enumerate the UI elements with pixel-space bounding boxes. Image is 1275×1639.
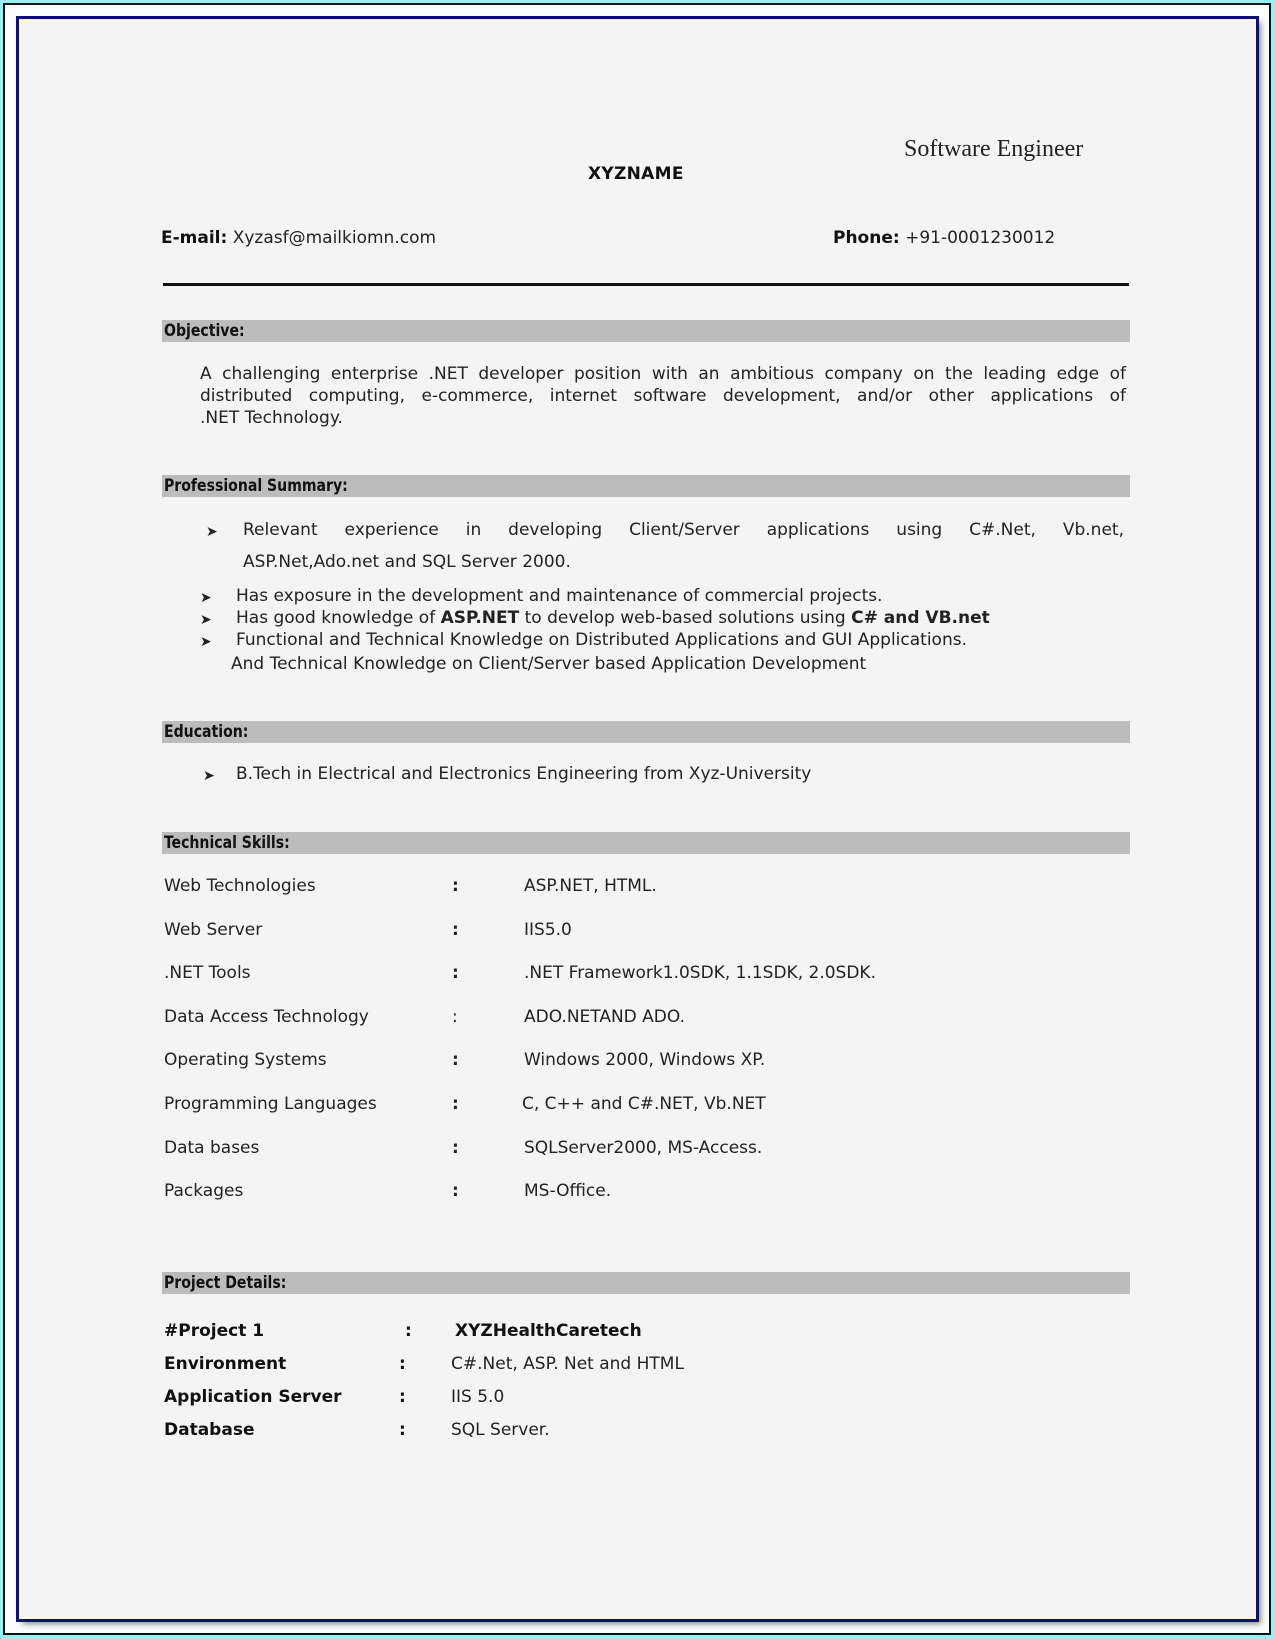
project-field-label: Application Server: [164, 1387, 342, 1407]
section-title: Objective:: [164, 320, 245, 342]
skill-label: Operating Systems: [164, 1050, 327, 1070]
project-field-value: C#.Net, ASP. Net and HTML: [451, 1354, 684, 1374]
project-field-label: Environment: [164, 1354, 286, 1374]
project-field-separator: :: [405, 1321, 412, 1341]
email-value[interactable]: Xyzasf@mailkiomn.com: [233, 228, 436, 248]
section-title: Project Details:: [164, 1272, 286, 1294]
project-field-label: #Project 1: [164, 1321, 264, 1341]
project-field-label: Database: [164, 1420, 254, 1440]
arrow-bullet-icon: ➤: [200, 634, 212, 650]
arrow-bullet-icon: ➤: [200, 612, 212, 628]
skill-label: Data Access Technology: [164, 1007, 369, 1027]
project-field-value: IIS 5.0: [451, 1387, 504, 1407]
summary-item-4-continued: And Technical Knowledge on Client/Server…: [231, 654, 866, 674]
skill-value: ADO.NETAND ADO.: [524, 1007, 685, 1027]
resume-page: [16, 16, 1259, 1622]
skill-separator: :: [452, 1050, 459, 1070]
summary-word: Vb.net,: [1063, 520, 1124, 540]
header-divider: [163, 283, 1129, 286]
skill-separator: :: [452, 1094, 459, 1114]
email-label: E-mail:: [161, 228, 227, 248]
objective-line-1: A challenging enterprise .NET developer …: [200, 364, 1126, 384]
skill-separator: :: [452, 1138, 459, 1158]
summary-word: C#.Net,: [969, 520, 1036, 540]
page-inner-border: [19, 19, 1256, 1619]
summary-item-1: RelevantexperienceindevelopingClient/Ser…: [243, 520, 1124, 540]
summary-word: Relevant: [243, 520, 318, 540]
arrow-bullet-icon: ➤: [206, 524, 218, 540]
summary-word: in: [466, 520, 482, 540]
skill-separator: :: [452, 1181, 459, 1201]
candidate-name: XYZNAME: [588, 164, 684, 184]
summary-word: developing: [508, 520, 602, 540]
project-name: XYZHealthCaretech: [455, 1321, 642, 1341]
objective-line-2: distributed computing, e-commerce, inter…: [200, 386, 1126, 406]
skill-value: C, C++ and C#.NET, Vb.NET: [522, 1094, 766, 1114]
objective-line-3: .NET Technology.: [200, 408, 343, 428]
email-line: E-mail: Xyzasf@mailkiomn.com: [161, 228, 436, 248]
skill-label: Packages: [164, 1181, 243, 1201]
phone-value: +91-0001230012: [905, 228, 1055, 248]
summary-item-2: Has exposure in the development and main…: [236, 586, 883, 606]
skill-value: IIS5.0: [524, 920, 572, 940]
highlight-aspnet: ASP.NET: [441, 608, 520, 628]
skill-value: .NET Framework1.0SDK, 1.1SDK, 2.0SDK.: [524, 963, 876, 983]
summary-item-4: Functional and Technical Knowledge on Di…: [236, 630, 967, 650]
arrow-bullet-icon: ➤: [200, 590, 212, 606]
section-header-education: Education:: [162, 721, 1130, 743]
summary-word: applications: [767, 520, 870, 540]
section-title: Education:: [164, 721, 248, 743]
skill-value: SQLServer2000, MS-Access.: [524, 1138, 762, 1158]
highlight-csharp-vbnet: C# and VB.net: [851, 608, 990, 628]
summary-word: Client/Server: [629, 520, 740, 540]
section-title: Professional Summary:: [164, 475, 348, 497]
summary-item-1-continued: ASP.Net,Ado.net and SQL Server 2000.: [243, 552, 571, 572]
job-title: Software Engineer: [904, 136, 1083, 163]
skill-value: ASP.NET, HTML.: [524, 876, 657, 896]
summary-word: experience: [345, 520, 439, 540]
skill-value: MS-Office.: [524, 1181, 611, 1201]
skill-separator: :: [452, 876, 459, 896]
skill-label: .NET Tools: [164, 963, 251, 983]
phone-label: Phone:: [833, 228, 900, 248]
section-title: Technical Skills:: [164, 832, 290, 854]
skill-separator: :: [452, 963, 459, 983]
project-field-separator: :: [399, 1354, 406, 1374]
section-header-projects: Project Details:: [162, 1272, 1130, 1294]
project-field-separator: :: [399, 1387, 406, 1407]
skill-value: Windows 2000, Windows XP.: [524, 1050, 765, 1070]
skill-label: Programming Languages: [164, 1094, 377, 1114]
project-field-separator: :: [399, 1420, 406, 1440]
section-header-skills: Technical Skills:: [162, 832, 1130, 854]
skill-separator: :: [452, 1007, 458, 1027]
skill-label: Web Server: [164, 920, 262, 940]
phone-line: Phone: +91-0001230012: [833, 228, 1055, 248]
skill-label: Web Technologies: [164, 876, 316, 896]
education-item: B.Tech in Electrical and Electronics Eng…: [236, 764, 811, 784]
summary-item-3: Has good knowledge of ASP.NET to develop…: [236, 608, 990, 628]
skill-label: Data bases: [164, 1138, 259, 1158]
section-header-summary: Professional Summary:: [162, 475, 1130, 497]
section-header-objective: Objective:: [162, 320, 1130, 342]
arrow-bullet-icon: ➤: [203, 768, 215, 784]
skill-separator: :: [452, 920, 459, 940]
summary-word: using: [896, 520, 942, 540]
project-field-value: SQL Server.: [451, 1420, 550, 1440]
